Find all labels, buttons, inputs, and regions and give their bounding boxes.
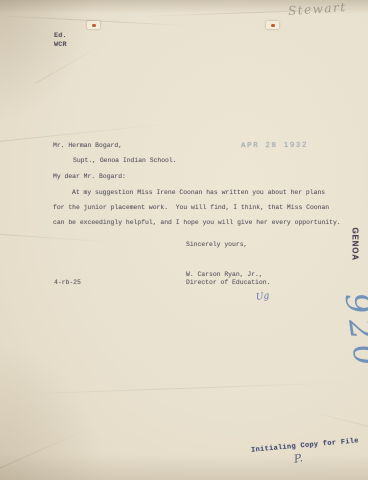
office-notation-line1: Ed. [54, 33, 67, 40]
penciled-name: Stewart [288, 0, 347, 18]
date-received-stamp: APR 28 1932 [241, 142, 308, 151]
file-number-handwritten: 920 [337, 290, 368, 385]
fastener-mark [266, 21, 279, 29]
fastener-mark [87, 21, 100, 29]
crease-line [301, 409, 368, 432]
signature-title: Director of Education. [186, 279, 270, 286]
signature-name: W. Carson Ryan, Jr., [186, 271, 263, 278]
crease-line [0, 234, 120, 243]
crease-line [36, 38, 114, 84]
initialing-copy-stamp: Initialing Copy for File [251, 437, 359, 454]
blue-initials: Ug [255, 291, 270, 303]
recipient-title-line: Supt., Genoa Indian School. [73, 157, 177, 164]
scanned-letter-page: Stewart Ed. WCR APR 28 1932 Mr. Herman B… [0, 0, 368, 480]
initial-below-stamp: P. [293, 451, 304, 465]
body-line: can be exceedingly helpful, and I hope y… [53, 219, 341, 226]
typist-notation: 4-rb-25 [54, 279, 81, 286]
crease-line [0, 430, 85, 476]
fastener-brad-icon [271, 24, 275, 28]
salutation-line: My dear Mr. Bogard: [53, 173, 126, 180]
crease-line [0, 123, 175, 143]
body-line: for the junior placement work. You will … [53, 204, 329, 211]
fastener-brad-icon [92, 24, 96, 28]
body-line: At my suggestion Miss Irene Coonan has w… [72, 189, 325, 196]
genoa-stamp: GENOA [351, 228, 360, 254]
recipient-name-line: Mr. Herman Bogard, [53, 142, 122, 149]
office-notation-line2: WCR [54, 42, 67, 49]
crease-line [10, 382, 350, 395]
closing-line: Sincerely yours, [186, 241, 247, 248]
